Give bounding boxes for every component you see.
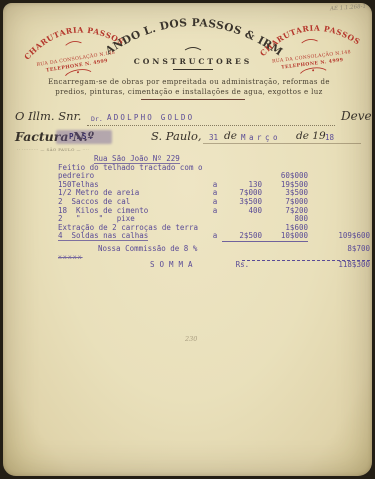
total-row: SOMMA Rs. 118$300 — [58, 261, 370, 271]
subtotal-value: 109$600 — [308, 232, 370, 241]
document-photo: AE 1.1.268-1 CHARUTARIA PASSOS RUA DA CO… — [0, 0, 375, 479]
company-name: AMANDO L. DOS PASSOS & IRMÃO — [101, 13, 285, 59]
pencil-note: 230 — [185, 335, 197, 343]
table-row-subtotal: 4 Soldas nas calhas a 2$500 10$000 109$6… — [58, 232, 370, 241]
tagline-line1: Encarregam-se de obras por empreitada ou… — [19, 77, 359, 87]
city-label: S. Paulo, — [151, 129, 202, 143]
date-year: 18 — [325, 133, 334, 142]
tagline-rule — [141, 99, 245, 100]
table-row: Feitio do telhado tractado com o — [58, 164, 370, 173]
date-day: 31 — [209, 133, 218, 142]
date-de19: de 19 — [296, 130, 326, 142]
addressee-title: Dr. — [91, 115, 103, 123]
stamp-dot — [77, 71, 79, 73]
somma-label: SOMMA — [150, 261, 198, 270]
table-row: 2 " " pixe 800 — [58, 215, 370, 224]
separator-row: xxxxx — [58, 254, 370, 261]
commission-label: Nossa Commissão de 8 % — [58, 245, 308, 254]
work-address: Rua São João Nº 229 — [94, 155, 180, 164]
table-row: 18 Kilos de cimento a 400 7$200 — [58, 207, 370, 216]
stamp-ornament — [301, 39, 317, 43]
company-subtitle: CONSTRUCTORES — [134, 57, 253, 66]
stamp-ornament — [65, 40, 81, 45]
invoice-table: Rua São João Nº 229 Feitio do telhado tr… — [58, 155, 370, 271]
ps-stamp: P.S. — [69, 132, 95, 141]
addressee-name: ADOLPHO GOLDO — [107, 113, 194, 122]
strike-marks: xxxxx — [58, 253, 83, 261]
date-month: Março — [241, 133, 281, 142]
printer-imprint: ·· ·········· — SÃO PAULO — ···· — [17, 147, 89, 152]
letterhead-ornament — [185, 48, 201, 51]
deve-label: Deve — [341, 109, 372, 123]
tagline-line2: predios, pinturas, cimentação e installa… — [19, 87, 359, 97]
addressee-prefix: O Illm. Snr. — [15, 109, 81, 123]
letterhead: AMANDO L. DOS PASSOS & IRMÃO CONSTRUCTOR… — [101, 13, 285, 77]
total-value: 118$300 — [308, 261, 370, 270]
work-address-row: Rua São João Nº 229 — [58, 155, 370, 164]
date-de: de — [224, 130, 237, 142]
rs-label: Rs. — [236, 261, 250, 270]
commission-value: 8$700 — [308, 245, 370, 254]
invoice-paper: AE 1.1.268-1 CHARUTARIA PASSOS RUA DA CO… — [3, 3, 372, 476]
stamp-dot — [312, 69, 314, 71]
tagline: Encarregam-se de obras por empreitada ou… — [19, 77, 359, 97]
commission-row: Nossa Commissão de 8 % 8$700 — [58, 245, 370, 254]
